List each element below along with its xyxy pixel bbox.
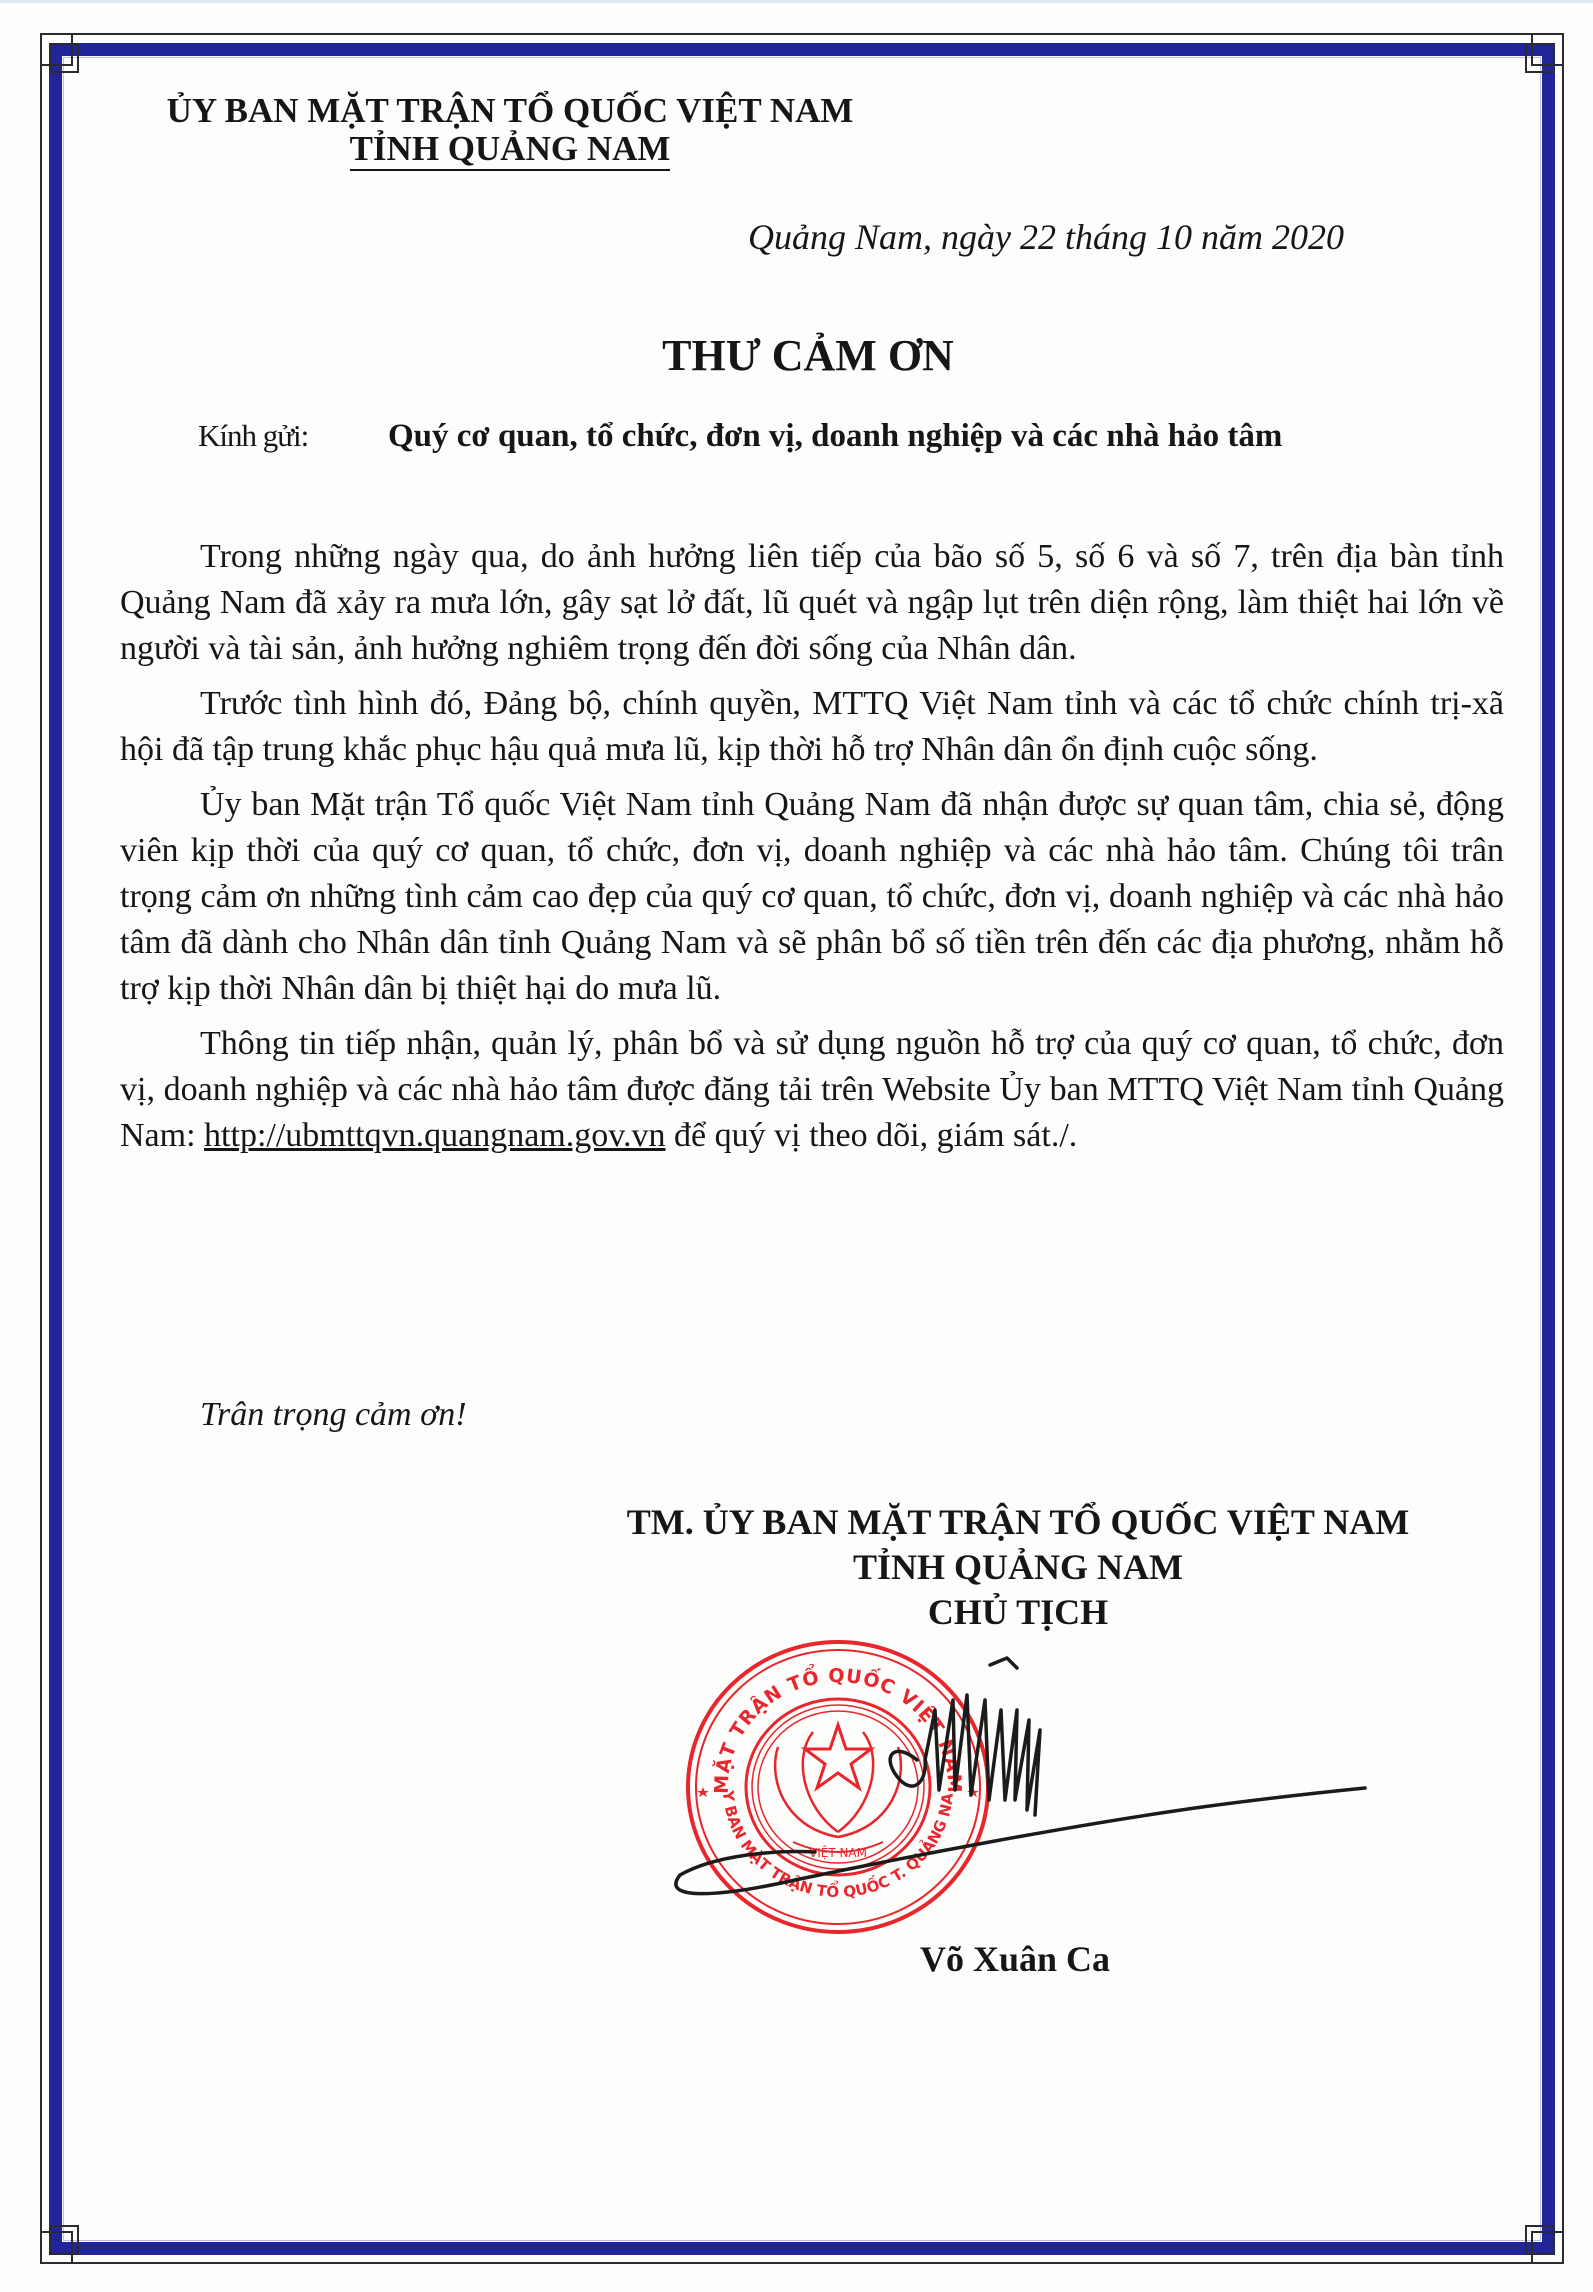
closing-line: Trân trọng cảm ơn! bbox=[200, 1396, 467, 1434]
salutation-recipients: Quý cơ quan, tổ chức, đơn vị, doanh nghi… bbox=[388, 418, 1282, 454]
frame-corner-ornament bbox=[1525, 2225, 1555, 2255]
frame-corner-ornament bbox=[49, 2225, 79, 2255]
signer-name: Võ Xuân Ca bbox=[860, 1938, 1170, 1980]
letter-body: Trong những ngày qua, do ảnh hưởng liên … bbox=[120, 534, 1504, 1168]
signature-title-line3: CHỦ TỊCH bbox=[560, 1590, 1476, 1635]
paragraph-website: Thông tin tiếp nhận, quản lý, phân bổ và… bbox=[120, 1021, 1504, 1159]
signature-block: TM. ỦY BAN MẶT TRẬN TỔ QUỐC VIỆT NAM TỈN… bbox=[560, 1500, 1476, 1635]
org-name-line1: ỦY BAN MẶT TRẬN TỔ QUỐC VIỆT NAM bbox=[140, 92, 880, 130]
signature-title-line1: TM. ỦY BAN MẶT TRẬN TỔ QUỐC VIỆT NAM bbox=[560, 1500, 1476, 1545]
website-link[interactable]: http://ubmttqvn.quangnam.gov.vn bbox=[204, 1117, 666, 1154]
organization-header: ỦY BAN MẶT TRẬN TỔ QUỐC VIỆT NAM TỈNH QU… bbox=[140, 92, 880, 171]
handwritten-signature-icon bbox=[655, 1640, 1375, 1940]
scan-edge bbox=[0, 0, 1593, 3]
paragraph-text: để quý vị theo dõi, giám sát./. bbox=[666, 1117, 1078, 1154]
frame-corner-ornament bbox=[49, 43, 79, 73]
paragraph: Trong những ngày qua, do ảnh hưởng liên … bbox=[120, 534, 1504, 672]
date-line: Quảng Nam, ngày 22 tháng 10 năm 2020 bbox=[748, 216, 1344, 258]
signature-title-line2: TỈNH QUẢNG NAM bbox=[560, 1545, 1476, 1590]
paragraph: Ủy ban Mặt trận Tổ quốc Việt Nam tỉnh Qu… bbox=[120, 782, 1504, 1012]
letter-title: THƯ CẢM ƠN bbox=[0, 330, 1593, 381]
salutation-label: Kính gửi: bbox=[198, 418, 388, 454]
frame-corner-ornament bbox=[1525, 43, 1555, 73]
org-name-line2: TỈNH QUẢNG NAM bbox=[350, 130, 671, 171]
paragraph: Trước tình hình đó, Đảng bộ, chính quyền… bbox=[120, 681, 1504, 773]
salutation: Kính gửi:Quý cơ quan, tổ chức, đơn vị, d… bbox=[198, 418, 1282, 455]
